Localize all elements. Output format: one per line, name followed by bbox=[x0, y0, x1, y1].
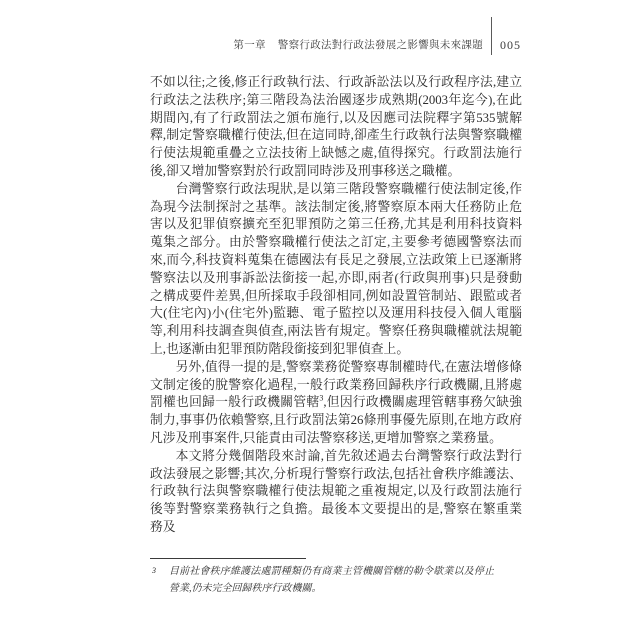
chapter-heading: 第一章警察行政法對行政法發展之影響與未來課題 bbox=[233, 37, 483, 55]
header-divider bbox=[491, 17, 492, 55]
footnote: 3 目前社會秩序維護法處罰種類仍有商業主管機關管轄的勒令歇業以及停止營業,仍未完… bbox=[150, 564, 494, 597]
paragraph-1: 不如以往;之後,修正行政執行法、行政訴訟法以及行政程序法,建立行政法之法秩序;第… bbox=[150, 74, 522, 181]
paragraph-3: 另外,值得一提的是,警察業務從警察專制權時代,在憲法增修條文制定後的脫警察化過程… bbox=[150, 359, 522, 448]
chapter-title: 警察行政法對行政法發展之影響與未來課題 bbox=[278, 40, 483, 51]
book-page: 第一章警察行政法對行政法發展之影響與未來課題 005 不如以往;之後,修正行政執… bbox=[0, 0, 640, 640]
footnote-number: 3 bbox=[152, 563, 156, 580]
footnote-rule bbox=[150, 558, 306, 559]
body-text: 不如以往;之後,修正行政執行法、行政訴訟法以及行政程序法,建立行政法之法秩序;第… bbox=[150, 74, 522, 537]
paragraph-2: 台灣警察行政法現狀,是以第三階段警察職權行使法制定後,作為現今法制探討之基準。該… bbox=[150, 181, 522, 359]
page-number: 005 bbox=[500, 38, 521, 55]
chapter-number: 第一章 bbox=[233, 40, 265, 51]
running-head: 第一章警察行政法對行政法發展之影響與未來課題 005 bbox=[150, 17, 521, 55]
footnote-text: 目前社會秩序維護法處罰種類仍有商業主管機關管轄的勒令歇業以及停止營業,仍未完全回… bbox=[169, 564, 494, 597]
paragraph-4: 本文將分幾個階段來討論,首先敘述過去台灣警察行政法對行政法發展之影響;其次,分析… bbox=[150, 448, 522, 537]
